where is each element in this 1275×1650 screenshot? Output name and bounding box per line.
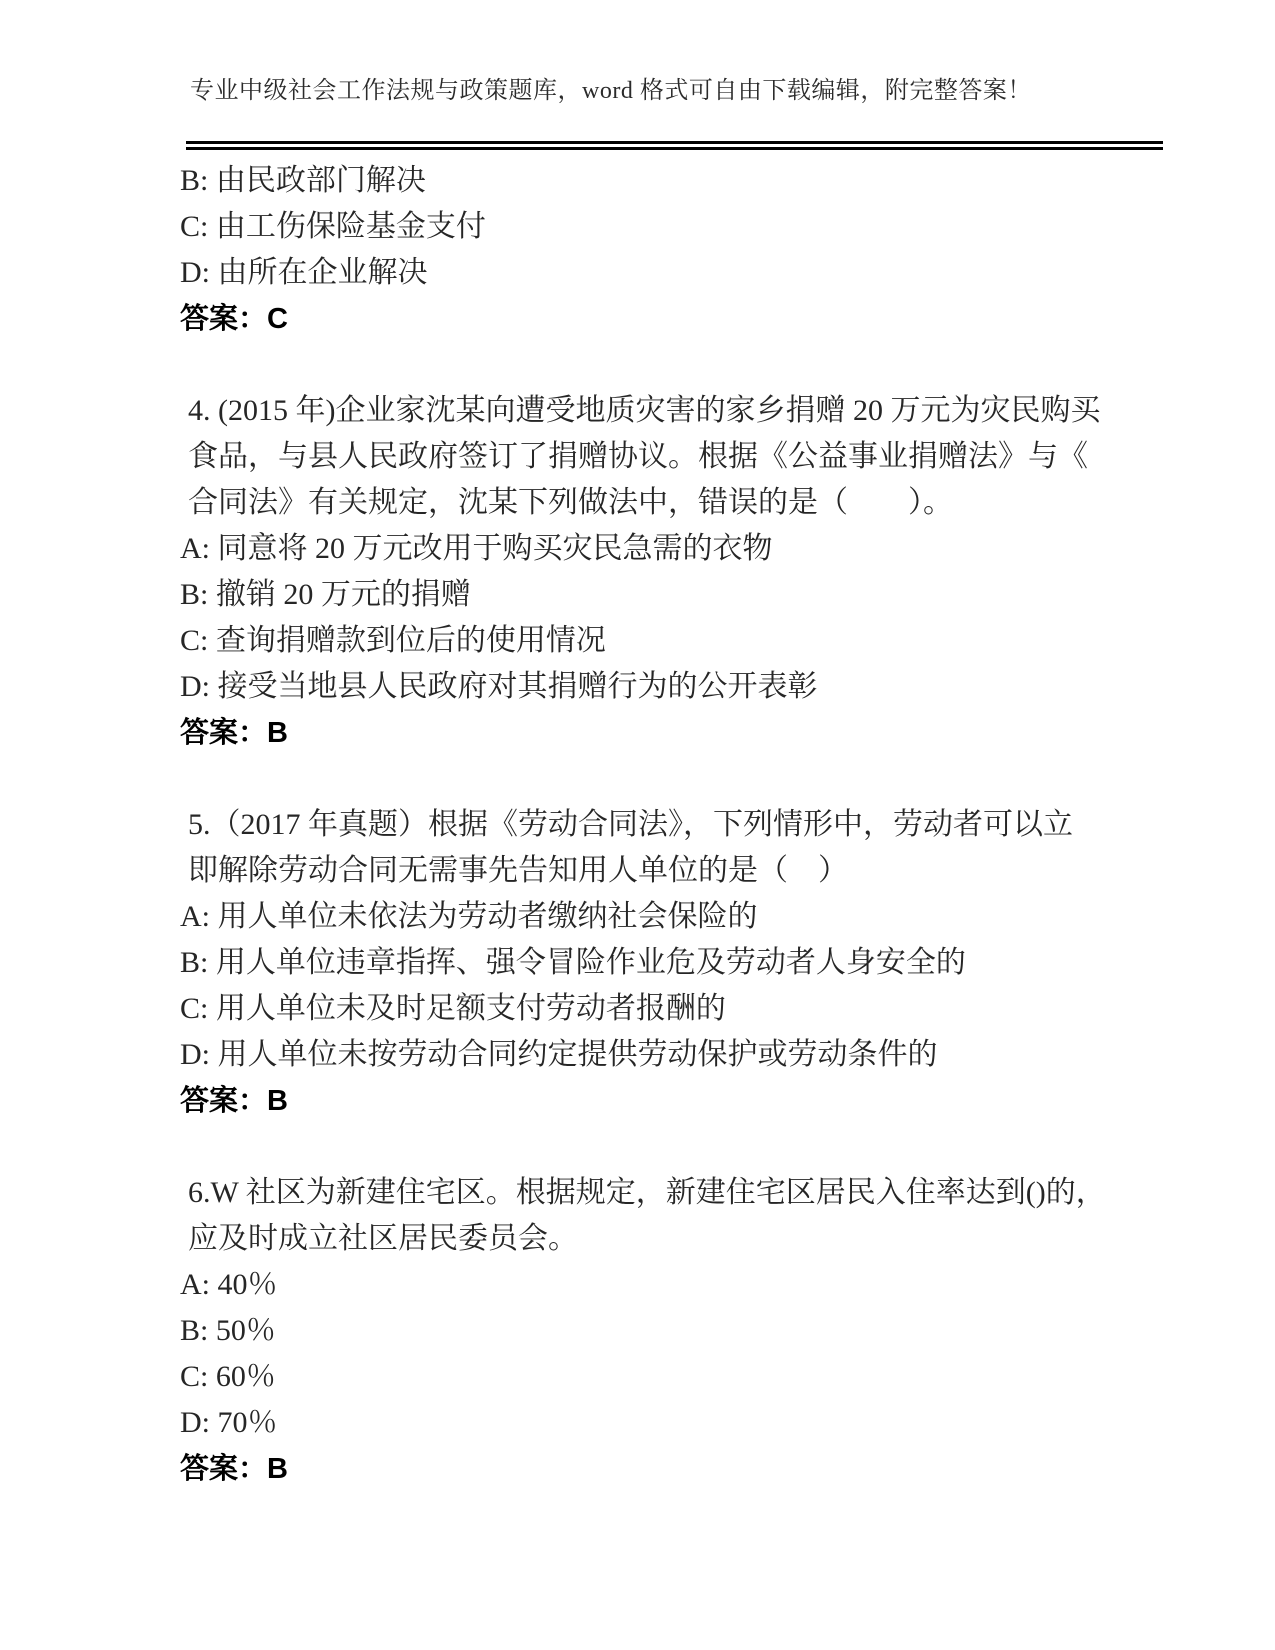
- question-block-spacer: [180, 756, 1125, 802]
- question6-answer: 答案：B: [180, 1446, 1125, 1492]
- question6-stem-line-1: 6.W 社区为新建住宅区。根据规定，新建住宅区居民入住率达到()的，: [180, 1170, 1125, 1216]
- document-body: B: 由民政部门解决 C: 由工伤保险基金支付 D: 由所在企业解决 答案：C …: [180, 158, 1125, 1492]
- question4-stem-line-2: 食品，与县人民政府签订了捐赠协议。根据《公益事业捐赠法》与《: [180, 434, 1125, 480]
- question6-option-c: C: 60％: [180, 1354, 1125, 1400]
- question4-option-a: A: 同意将 20 万元改用于购买灾民急需的衣物: [180, 526, 1125, 572]
- question5-stem-line-2: 即解除劳动合同无需事先告知用人单位的是（ ）: [180, 848, 1125, 894]
- question4-stem-line-3: 合同法》有关规定，沈某下列做法中，错误的是（ ）。: [180, 480, 1125, 526]
- question4-option-c: C: 查询捐赠款到位后的使用情况: [180, 618, 1125, 664]
- question6-stem-line-2: 应及时成立社区居民委员会。: [180, 1216, 1125, 1262]
- question-block-spacer: [180, 1124, 1125, 1170]
- question5-stem-line-1: 5.（2017 年真题）根据《劳动合同法》，下列情形中，劳动者可以立: [180, 802, 1125, 848]
- document-page: 专业中级社会工作法规与政策题库，word 格式可自由下载编辑，附完整答案！ B:…: [0, 0, 1275, 1650]
- question3-option-c: C: 由工伤保险基金支付: [180, 204, 1125, 250]
- question4-answer: 答案：B: [180, 710, 1125, 756]
- header-divider-rule: [186, 141, 1163, 150]
- page-header-title: 专业中级社会工作法规与政策题库，word 格式可自由下载编辑，附完整答案！: [190, 70, 1032, 105]
- question5-option-b: B: 用人单位违章指挥、强令冒险作业危及劳动者人身安全的: [180, 940, 1125, 986]
- question-block-spacer: [180, 342, 1125, 388]
- question3-option-d: D: 由所在企业解决: [180, 250, 1125, 296]
- question5-option-c: C: 用人单位未及时足额支付劳动者报酬的: [180, 986, 1125, 1032]
- question4-stem-line-1: 4. (2015 年)企业家沈某向遭受地质灾害的家乡捐赠 20 万元为灾民购买: [180, 388, 1125, 434]
- question4-option-d: D: 接受当地县人民政府对其捐赠行为的公开表彰: [180, 664, 1125, 710]
- question6-option-a: A: 40％: [180, 1262, 1125, 1308]
- question4-option-b: B: 撤销 20 万元的捐赠: [180, 572, 1125, 618]
- question5-option-a: A: 用人单位未依法为劳动者缴纳社会保险的: [180, 894, 1125, 940]
- question6-option-d: D: 70％: [180, 1400, 1125, 1446]
- question5-option-d: D: 用人单位未按劳动合同约定提供劳动保护或劳动条件的: [180, 1032, 1125, 1078]
- question3-option-b: B: 由民政部门解决: [180, 158, 1125, 204]
- question6-option-b: B: 50％: [180, 1308, 1125, 1354]
- question3-answer: 答案：C: [180, 296, 1125, 342]
- question5-answer: 答案：B: [180, 1078, 1125, 1124]
